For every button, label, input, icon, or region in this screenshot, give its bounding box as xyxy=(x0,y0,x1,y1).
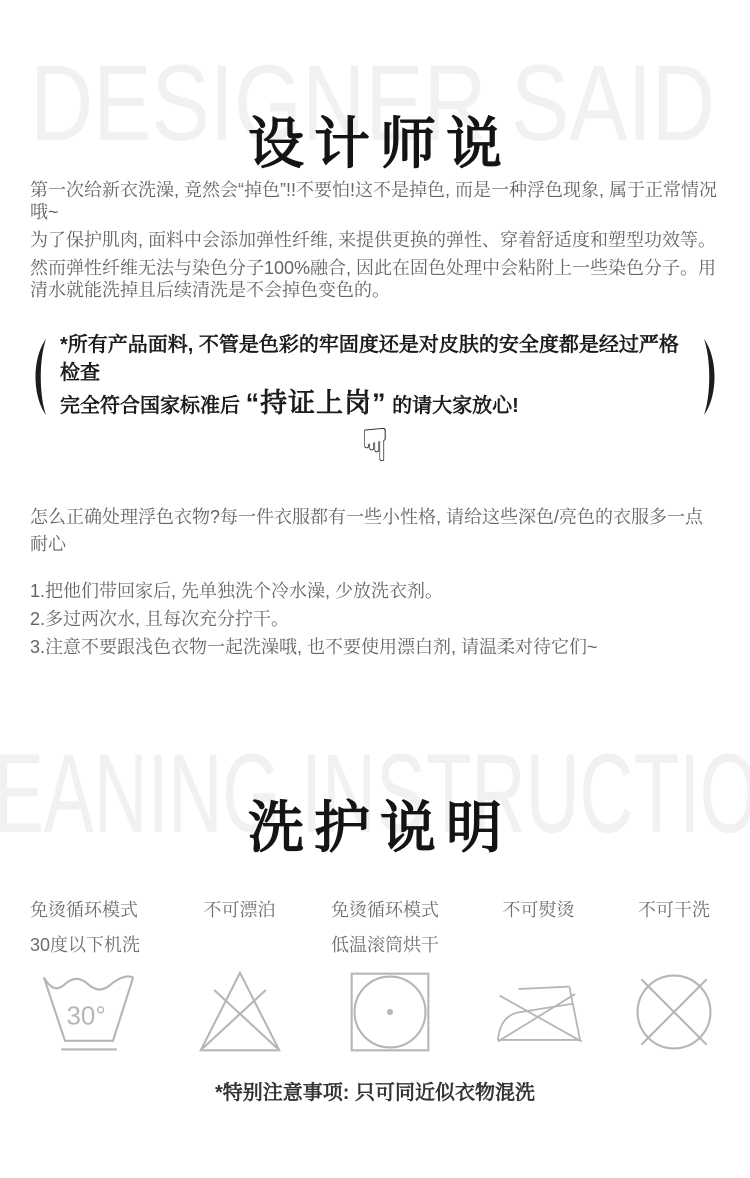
care-label-line: 不可干洗 xyxy=(628,893,720,928)
care-step-1: 1.把他们带回家后, 先单独洗个冷水澡, 少放洗衣剂。 xyxy=(30,577,720,605)
care-label-machine-wash: 免烫循环模式 30度以下机洗 xyxy=(30,893,148,963)
care-label-line: 不可漂泊 xyxy=(192,893,288,928)
quality-callout-text: *所有产品面料, 不管是色彩的牢固度还是对皮肤的安全度都是经过严格检查 完全符合… xyxy=(50,331,700,422)
care-label-line: 免烫循环模式 xyxy=(331,893,449,928)
care-item-no-iron: 不可熨烫 xyxy=(493,893,585,1061)
care-label-tumble-dry: 免烫循环模式 低温滚筒烘干 xyxy=(331,893,449,963)
tumble-dry-low-icon xyxy=(331,963,449,1061)
quality-callout: *所有产品面料, 不管是色彩的牢固度还是对皮肤的安全度都是经过严格检查 完全符合… xyxy=(26,331,724,422)
svg-text:30°: 30° xyxy=(67,1002,106,1030)
care-label-line: 免烫循环模式 xyxy=(30,893,148,928)
care-steps-list: 1.把他们带回家后, 先单独洗个冷水澡, 少放洗衣剂。 2.多过两次水, 且每次… xyxy=(30,577,720,661)
callout-line2-suffix: 的请大家放心! xyxy=(392,395,519,417)
special-note: *特别注意事项: 只可同近似衣物混洗 xyxy=(0,1076,750,1105)
paragraph-dye-molecules: 然而弹性纤维无法与染色分子100%融合, 因此在固色处理中会粘附上一些染色分子。… xyxy=(30,257,720,301)
care-label-line: 30度以下机洗 xyxy=(30,928,148,963)
care-symbol-grid: 免烫循环模式 30度以下机洗 30° 不可漂泊 xyxy=(30,893,720,1061)
care-question-paragraph: 怎么正确处理浮色衣物?每一件衣服都有一些小性格, 请给这些深色/亮色的衣服多一点… xyxy=(30,504,720,558)
wash-30-icon: 30° xyxy=(30,963,148,1061)
care-label-line: 低温滚筒烘干 xyxy=(331,928,449,963)
care-item-machine-wash: 免烫循环模式 30度以下机洗 30° xyxy=(30,893,148,1061)
care-item-no-dry-clean: 不可干洗 xyxy=(628,893,720,1061)
cleaning-instruction-title: 洗护说明 xyxy=(0,800,750,856)
no-iron-icon xyxy=(493,963,585,1061)
care-item-no-bleach: 不可漂泊 xyxy=(192,893,288,1061)
paragraph-elastic-fiber: 为了保护肌肉, 面料中会添加弹性纤维, 来提供更换的弹性、穿着舒适度和塑型功效等… xyxy=(30,229,720,251)
care-step-3: 3.注意不要跟浅色衣物一起洗澡哦, 也不要使用漂白剂, 请温柔对待它们~ xyxy=(30,633,720,661)
product-detail-page: DESIGNER SAID 设计师说 第一次给新衣洗澡, 竟然会“掉色”!!不要… xyxy=(0,0,750,1178)
callout-line2: 完全符合国家标准后 “持证上岗” 的请大家放心! xyxy=(60,387,694,422)
no-bleach-icon xyxy=(192,963,288,1061)
callout-certified-highlight: “持证上岗” xyxy=(246,388,387,418)
care-step-2: 2.多过两次水, 且每次充分拧干。 xyxy=(30,605,720,633)
designer-paragraphs: 第一次给新衣洗澡, 竟然会“掉色”!!不要怕!这不是掉色, 而是一种浮色现象, … xyxy=(30,179,720,307)
paragraph-fading-color: 第一次给新衣洗澡, 竟然会“掉色”!!不要怕!这不是掉色, 而是一种浮色现象, … xyxy=(30,179,720,223)
callout-line1: *所有产品面料, 不管是色彩的牢固度还是对皮肤的安全度都是经过严格检查 xyxy=(60,331,694,387)
care-label-line: 不可熨烫 xyxy=(493,893,585,928)
right-parenthesis-icon xyxy=(700,338,724,416)
care-item-tumble-dry: 免烫循环模式 低温滚筒烘干 xyxy=(331,893,449,1061)
hand-pointing-down-icon: ☟ xyxy=(0,422,750,468)
designer-said-title: 设计师说 xyxy=(0,116,750,172)
callout-line2-prefix: 完全符合国家标准后 xyxy=(60,395,240,417)
care-label-no-bleach: 不可漂泊 xyxy=(192,893,288,963)
no-dry-clean-icon xyxy=(628,963,720,1061)
left-parenthesis-icon xyxy=(26,338,50,416)
care-label-no-iron: 不可熨烫 xyxy=(493,893,585,963)
care-label-no-dry-clean: 不可干洗 xyxy=(628,893,720,963)
